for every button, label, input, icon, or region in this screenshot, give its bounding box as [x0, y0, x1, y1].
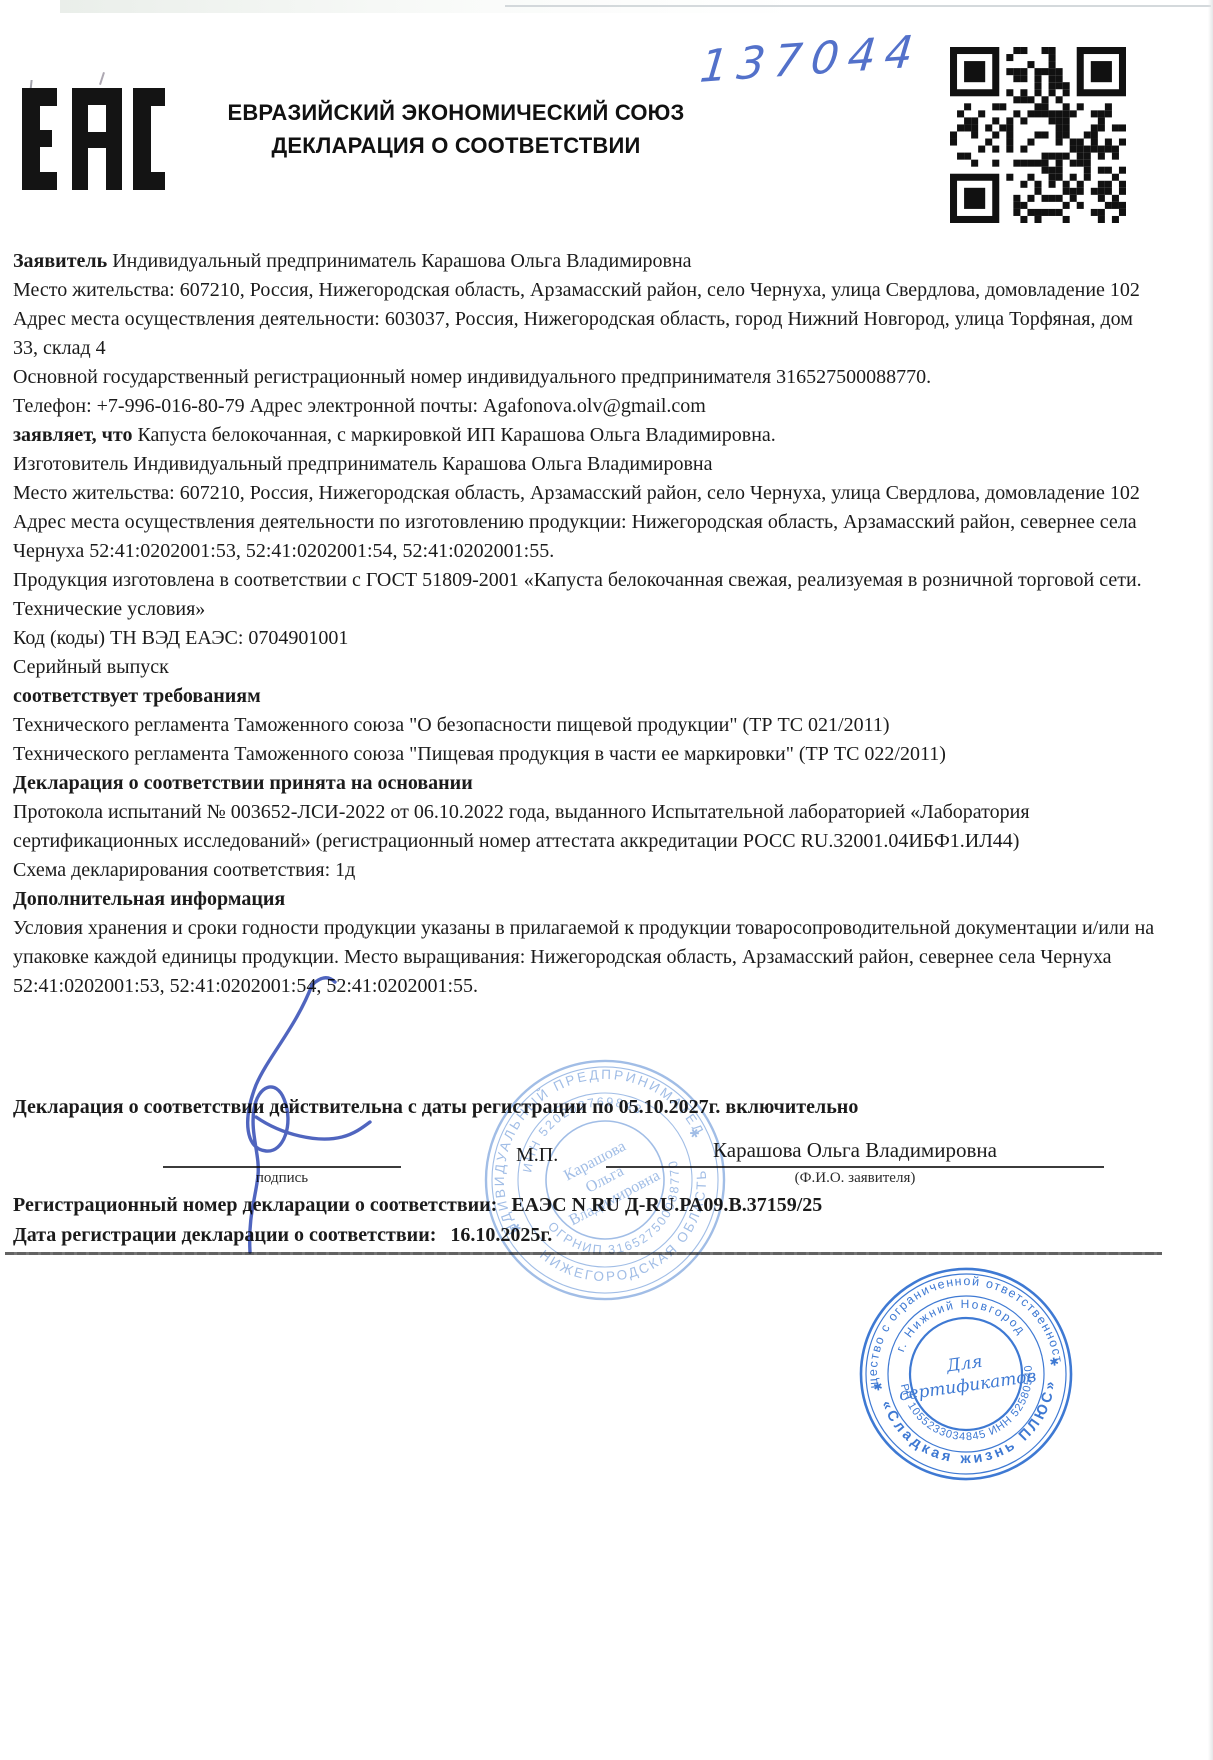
paragraph: Технического регламента Таможенного союз… — [13, 711, 1155, 740]
paragraph: Изготовитель Индивидуальный предпринимат… — [13, 450, 1155, 479]
title-line-1: ЕВРАЗИЙСКИЙ ЭКОНОМИЧЕСКИЙ СОЮЗ — [210, 96, 702, 129]
paragraph: Серийный выпуск — [13, 653, 1155, 682]
paragraph: Адрес места осуществления деятельности: … — [13, 305, 1155, 363]
paragraph: Технического регламента Таможенного союз… — [13, 740, 1155, 769]
page-edge-shadow — [1208, 0, 1213, 1760]
paragraph: Место жительства: 607210, Россия, Нижего… — [13, 479, 1155, 508]
paragraph: Декларация о соответствии принята на осн… — [13, 769, 1155, 798]
scan-artifact-line — [505, 5, 1211, 7]
document-body: Заявитель Индивидуальный предприниматель… — [13, 247, 1155, 1001]
paragraph: Адрес места осуществления деятельности п… — [13, 508, 1155, 566]
paragraph: Место жительства: 607210, Россия, Нижего… — [13, 276, 1155, 305]
title-line-2: ДЕКЛАРАЦИЯ О СООТВЕТСТВИИ — [210, 129, 702, 162]
paragraph: Основной государственный регистрационный… — [13, 363, 1155, 392]
stamp-star: ✱ — [873, 1381, 884, 1394]
paragraph: Схема декларирования соответствия: 1д — [13, 856, 1155, 885]
handwritten-number: 137044 — [698, 26, 925, 93]
paragraph: соответствует требованиям — [13, 682, 1155, 711]
eac-logo — [22, 88, 165, 190]
entrepreneur-stamp: ИНДИВИДУАЛЬНЫЙ ПРЕДПРИНИМАТЕЛЬ НИЖЕГОРОД… — [480, 1055, 730, 1305]
paragraph: Заявитель Индивидуальный предприниматель… — [13, 247, 1155, 276]
paragraph: Код (коды) ТН ВЭД ЕАЭС: 0704901001 — [13, 624, 1155, 653]
paragraph: заявляет, что Капуста белокочанная, с ма… — [13, 421, 1155, 450]
declaration-document: ЕВРАЗИЙСКИЙ ЭКОНОМИЧЕСКИЙ СОЮЗ ДЕКЛАРАЦИ… — [0, 0, 1213, 1760]
paragraph: Телефон: +7-996-016-80-79 Адрес электрон… — [13, 392, 1155, 421]
pen-mark — [99, 72, 105, 85]
document-title: ЕВРАЗИЙСКИЙ ЭКОНОМИЧЕСКИЙ СОЮЗ ДЕКЛАРАЦИ… — [210, 96, 702, 162]
certification-stamp: Общество с ограниченной ответственностью… — [858, 1266, 1074, 1482]
stamp-center-text: Для — [944, 1352, 983, 1377]
handwritten-signature — [170, 975, 430, 1265]
paragraph: Продукция изготовлена в соответствии с Г… — [13, 566, 1155, 624]
paragraph: Протокола испытаний № 003652-ЛСИ-2022 от… — [13, 798, 1155, 856]
paragraph: Дополнительная информация — [13, 885, 1155, 914]
qr-code — [950, 47, 1126, 223]
stamp-star: ✱ — [1049, 1356, 1060, 1369]
